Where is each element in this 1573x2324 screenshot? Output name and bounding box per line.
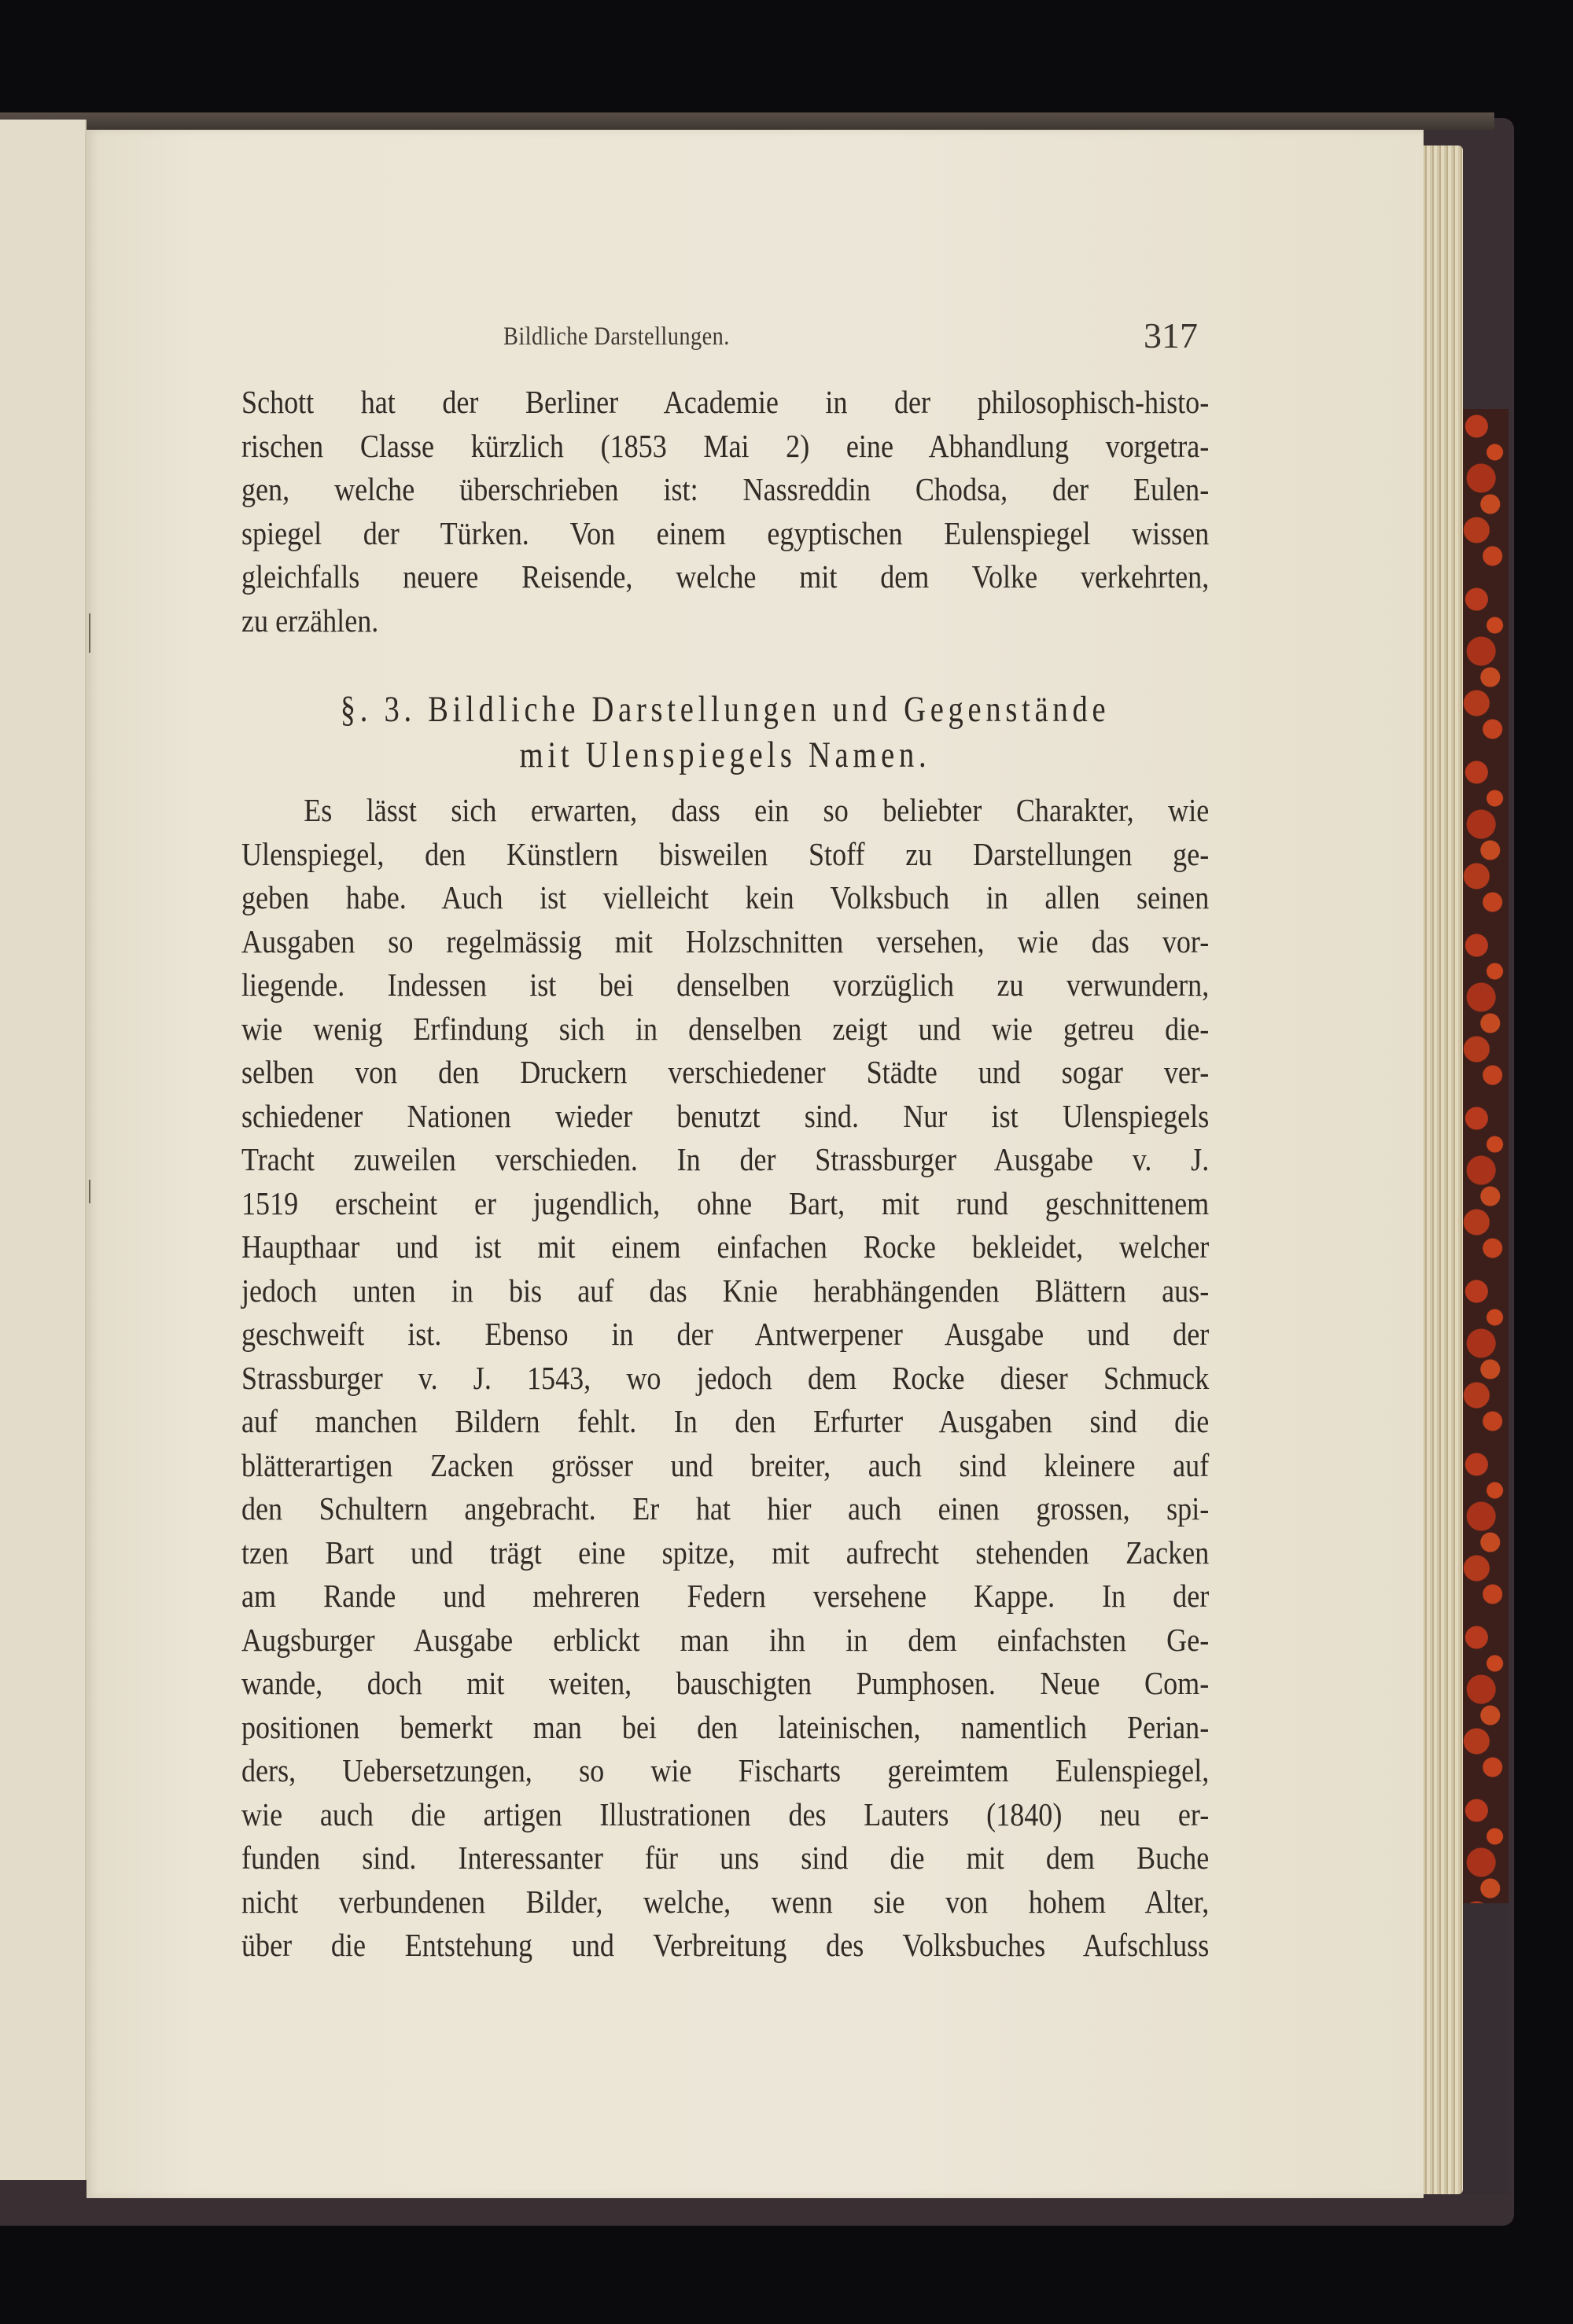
text-line: selben von den Druckern verschiedener St… — [241, 1051, 1209, 1095]
section-heading-line-2: mit Ulenspiegels Namen. — [329, 732, 1122, 778]
text-line: Ulenspiegel, den Künstlern bisweilen Sto… — [241, 833, 1209, 877]
text-line: spiegel der Türken. Von einem egyptische… — [241, 512, 1209, 556]
text-line: positionen bemerkt man bei den lateinisc… — [241, 1706, 1209, 1750]
text-line: Schott hat der Berliner Academie in der … — [241, 381, 1209, 425]
paragraph-1: Schott hat der Berliner Academie in der … — [241, 381, 1209, 643]
cover-cloth-corner — [1463, 1903, 1509, 2194]
text-line: rischen Classe kürzlich (1853 Mai 2) ein… — [241, 425, 1209, 469]
text-line: Strassburger v. J. 1543, wo jedoch dem R… — [241, 1357, 1209, 1401]
text-line: wie wenig Erfindung sich in denselben ze… — [241, 1007, 1209, 1052]
text-line: tzen Bart und trägt eine spitze, mit auf… — [241, 1531, 1209, 1575]
text-line: gen, welche überschrieben ist: Nassreddi… — [241, 468, 1209, 512]
text-line: wande, doch mit weiten, bauschigten Pump… — [241, 1662, 1209, 1706]
marbled-board — [1463, 409, 1509, 1903]
text-line: jedoch unten in bis auf das Knie herabhä… — [241, 1269, 1209, 1313]
text-line: am Rande und mehreren Federn versehene K… — [241, 1575, 1209, 1619]
text-line: nicht verbundenen Bilder, welche, wenn s… — [241, 1880, 1209, 1924]
text-line: über die Entstehung und Verbreitung des … — [241, 1924, 1209, 1968]
section-heading: §. 3. Bildliche Darstellungen und Gegens… — [241, 687, 1209, 778]
text-line: zu erzählen. — [241, 599, 1209, 643]
text-line: blätterartigen Zacken grösser und breite… — [241, 1444, 1209, 1488]
gutter-mark — [89, 613, 90, 653]
body-text: Schott hat der Berliner Academie in der … — [241, 381, 1209, 1968]
text-line: Haupthaar und ist mit einem einfachen Ro… — [241, 1225, 1209, 1269]
gutter-mark — [89, 1180, 90, 1203]
running-head: Bildliche Darstellungen. — [503, 322, 730, 352]
text-line: 1519 erscheint er jugendlich, ohne Bart,… — [241, 1182, 1209, 1226]
text-line: schiedener Nationen wieder benutzt sind.… — [241, 1095, 1209, 1139]
cover-top-edge — [0, 112, 1494, 130]
text-line: ders, Uebersetzungen, so wie Fischarts g… — [241, 1749, 1209, 1793]
paragraph-2: Es lässt sich erwarten, dass ein so beli… — [241, 789, 1209, 1968]
text-line: Es lässt sich erwarten, dass ein so beli… — [241, 789, 1209, 833]
text-line: den Schultern angebracht. Er hat hier au… — [241, 1487, 1209, 1531]
text-line: auf manchen Bildern fehlt. In den Erfurt… — [241, 1400, 1209, 1444]
text-line: liegende. Indessen ist bei denselben vor… — [241, 963, 1209, 1007]
text-line: funden sind. Interessanter für uns sind … — [241, 1836, 1209, 1880]
text-line: Ausgaben so regelmässig mit Holzschnitte… — [241, 920, 1209, 964]
text-line: geschweift ist. Ebenso in der Antwerpene… — [241, 1313, 1209, 1357]
section-heading-line-1: §. 3. Bildliche Darstellungen und Gegens… — [329, 687, 1122, 732]
text-line: gleichfalls neuere Reisende, welche mit … — [241, 555, 1209, 599]
text-line: geben habe. Auch ist vielleicht kein Vol… — [241, 876, 1209, 920]
text-line: Tracht zuweilen verschieden. In der Stra… — [241, 1138, 1209, 1182]
text-line: Augsburger Ausgabe erblickt man ihn in d… — [241, 1619, 1209, 1663]
text-line: wie auch die artigen Illustrationen des … — [241, 1793, 1209, 1837]
page-number: 317 — [1144, 315, 1198, 356]
facing-page-edge — [0, 120, 87, 2180]
